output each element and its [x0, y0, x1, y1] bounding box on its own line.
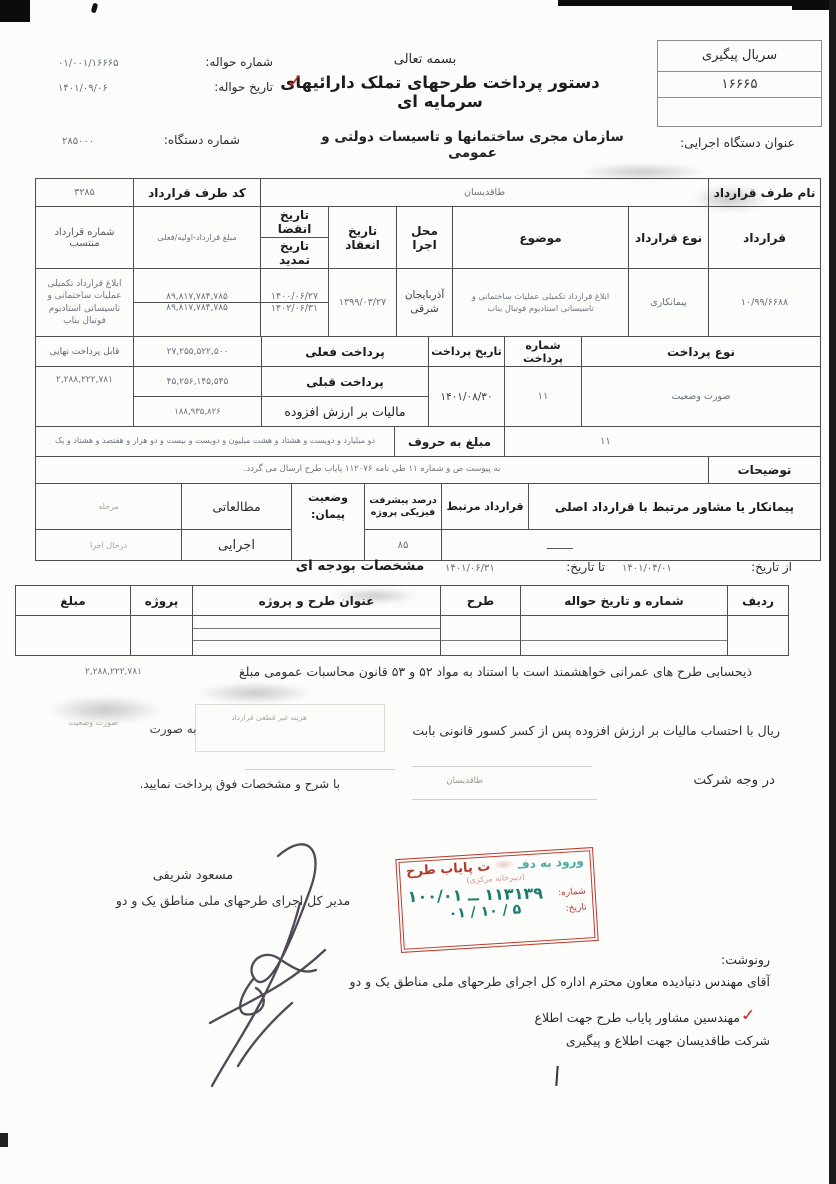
period-to-label: تا تاریخ: [566, 560, 605, 574]
order-line2-faint-box [195, 704, 385, 752]
red-checkmark-icon: ✓ [740, 1005, 758, 1025]
payment-number-header: شماره پرداخت [505, 337, 582, 367]
period-from-label: از تاریخ: [751, 560, 792, 574]
contract-extend-date-value: ۱۴۰۲/۰۶/۳۱ [261, 303, 328, 314]
scan-artifact-right-edge [829, 0, 836, 1184]
notes-label: توضیحات [709, 457, 821, 484]
contract-col-subject: موضوع [453, 207, 629, 269]
contract-party-label: نام طرف قرارداد [709, 179, 821, 207]
contract-col-extend-date: تاریخ تمدید [261, 238, 329, 269]
payment-current-value: ۲۷,۲۵۵,۵۲۲,۵۰۰ [134, 337, 262, 367]
budget-empty-cell [441, 616, 521, 656]
contract-location-value: آذربایجان شرقی [397, 269, 453, 337]
order-line3-right: در وجه شرکت [685, 772, 775, 788]
agency-name: سازمان مجری ساختمانها و تاسیسات دولتی و … [295, 129, 650, 161]
scan-faint-line [412, 766, 592, 767]
contract-no-value: ۱۰/۹۹/۶۶۸۸ [709, 269, 821, 337]
havaleh-date-label: تاریخ حواله: [214, 80, 273, 94]
budget-col-plan-title: عنوان طرح و پروژه [193, 586, 441, 616]
order-line3-left: با شرح و مشخصات فوق پرداخت نمایید. [125, 777, 340, 791]
havaleh-no-label: شماره حواله: [205, 55, 273, 69]
budget-col-havaleh: شماره و تاریخ حواله [521, 586, 728, 616]
budget-col-project: پروژه [131, 586, 193, 616]
order-line2: ریال با احتساب مالیات بر ارزش افزوده پس … [385, 723, 780, 738]
tracking-serial-box: سریال پیگیری ۱۶۶۶۵ [657, 40, 822, 127]
contract-assigned-no-value: ابلاغ قرارداد تکمیلی عملیات ساختمانی و ت… [36, 269, 134, 337]
payment-type-value: صورت وضعیت [582, 367, 821, 427]
entry-stamp: ورود به دفـ ت پایاب طرح (دبیرخانه مرکزی)… [395, 847, 598, 953]
contract-sign-date-value: ۱۳۹۹/۰۳/۲۷ [329, 269, 397, 337]
scan-artifact-ink-dot [91, 3, 99, 14]
order-line2-faint1: هزینه غیر قطعی قرارداد [212, 713, 307, 722]
agency-label: عنوان دستگاه اجرایی: [650, 135, 795, 150]
contract-party-code-value: ۳۲۸۵ [36, 179, 134, 207]
contract-col-sign-date: تاریخ انعقاد [329, 207, 397, 269]
stamp-no-label: شماره: [558, 887, 586, 899]
stamp-no-value: ۱۱۳۱۳۹ ــ ۱۰۰/۰۱ [407, 884, 543, 907]
havaleh-no-value: ۰۱/۰۰۱/۱۶۶۶۵ [58, 58, 118, 69]
contract-party-value: طاقدیسان [261, 179, 709, 207]
agency-no-value: ۲۸۵۰۰۰ [62, 136, 94, 147]
budget-empty-cell [131, 616, 193, 656]
contract-col-type: نوع قرارداد [629, 207, 709, 269]
payment-previous-header: پرداخت قبلی [262, 367, 429, 397]
contract-type-value: پیمانکاری [629, 269, 709, 337]
contract-table: نام طرف قرارداد طاقدیسان کد طرف قرارداد … [35, 178, 821, 337]
havaleh-date-value: ۱۴۰۱/۰۹/۰۶ [58, 83, 108, 94]
amount-words-label: مبلغ به حروف [395, 427, 505, 457]
payment-vat-value: ۱۸۸,۹۳۵,۸۲۶ [134, 397, 262, 427]
contract-amount-current: ۸۹,۸۱۷,۷۸۴,۷۸۵ [134, 303, 260, 313]
cc-item-1: آقای مهندس دنیادیده معاون محترم اداره کل… [345, 972, 770, 992]
period-to-value: ۱۴۰۱/۰۶/۳۱ [445, 563, 495, 574]
related-consultant-header: پیمانکار یا مشاور مرتبط با قرارداد اصلی [529, 484, 821, 530]
amount-words-ref: ۱۱ [505, 427, 821, 457]
period-from-value: ۱۴۰۱/۰۴/۰۱ [622, 563, 672, 574]
handwritten-signature [150, 828, 370, 1093]
order-line3-company: طاقدیسان [423, 776, 483, 786]
contract-col-contract: قرارداد [709, 207, 821, 269]
related-status-header: وضعیت پیمان: [292, 484, 365, 561]
scan-faint-line [412, 799, 597, 800]
scan-artifact-left-edge-mark [0, 1133, 8, 1147]
scan-smudge [195, 682, 315, 704]
payment-final-header: قابل پرداخت نهایی [36, 337, 134, 367]
contract-amount-initial: ۸۹,۸۱۷,۷۸۴,۷۸۵ [134, 292, 260, 303]
payment-vat-header: مالیات بر ارزش افزوده [262, 397, 429, 427]
budget-col-plan: طرح [441, 586, 521, 616]
payment-type-header: نوع پرداخت [582, 337, 821, 367]
related-stage-value: درحال اجرا [36, 530, 182, 561]
agency-no-label: شماره دستگاه: [164, 133, 240, 147]
scan-artifact-pen-mark [555, 1066, 561, 1086]
cc-item-3: شرکت طاقدیسان جهت اطلاع و پیگیری [340, 1033, 770, 1048]
related-progress-value: ۸۵ [365, 530, 442, 561]
stamp-date-label: تاریخ: [565, 903, 587, 914]
related-study-value: اجرایی [182, 530, 292, 561]
scan-faint-line [245, 769, 395, 770]
payment-current-header: پرداخت فعلی [262, 337, 429, 367]
payment-number-value: ۱۱ [505, 367, 582, 427]
bismillah: بسمه تعالی [330, 52, 520, 67]
contract-party-code-label: کد طرف قرارداد [134, 179, 261, 207]
budget-empty-cell [521, 616, 728, 656]
related-contract-header: قرارداد مرتبط [442, 484, 529, 530]
notes-value: به پیوست ص و شماره ۱۱ طی نامه ۱۱۲۰۷۶ پای… [36, 457, 709, 484]
related-progress-header: درصد پیشرفت فیزیکی پروژه [365, 484, 442, 530]
related-consultant-value: ــــــــ [442, 530, 821, 561]
budget-empty-cell [728, 616, 789, 656]
document-title: دستور پرداخت طرحهای تملک دارائیهای سرمای… [250, 73, 630, 111]
red-checkmark-icon: ✓ [285, 71, 305, 93]
scan-artifact-topleft [0, 0, 30, 22]
tracking-serial-value: ۱۶۶۶۵ [658, 72, 821, 98]
payment-final-value: ۲,۲۸۸,۲۲۲,۷۸۱ [36, 367, 134, 427]
contract-col-assigned-no: شماره قرارداد منتسب [36, 207, 134, 269]
payment-table: نوع پرداخت شماره پرداخت تاریخ پرداخت پرد… [35, 336, 821, 427]
budget-empty-cell [16, 616, 131, 656]
tracking-serial-label: سریال پیگیری [658, 41, 821, 72]
notes-row: توضیحات به پیوست ص و شماره ۱۱ طی نامه ۱۱… [35, 456, 821, 484]
amount-words-row: ۱۱ مبلغ به حروف دو میلیارد و دویست و هشت… [35, 426, 821, 457]
related-study-header: مطالعاتی [182, 484, 292, 530]
order-line2-faint2: صورت وضعیت [48, 718, 118, 727]
payment-previous-value: ۴۵,۲۵۶,۱۴۵,۵۴۵ [134, 367, 262, 397]
payment-date-header: تاریخ پرداخت [429, 337, 505, 367]
payment-date-value: ۱۴۰۱/۰۸/۳۰ [429, 367, 505, 427]
cc-item-2: مهندسین مشاور پایاب طرح جهت اطلاع [340, 1010, 740, 1025]
contract-subject-value: ابلاغ قرارداد تکمیلی عملیات ساختمانی و ت… [453, 269, 629, 337]
budget-col-amount: مبلغ [16, 586, 131, 616]
related-contract-table: پیمانکار یا مشاور مرتبط با قرارداد اصلی … [35, 483, 821, 561]
contract-col-expire-date: تاریخ انقضا [261, 207, 329, 238]
cc-label: رونوشت: [340, 952, 770, 967]
scanned-payment-order-document: سریال پیگیری ۱۶۶۶۵ بسمه تعالی دستور پردا… [0, 0, 836, 1184]
contract-col-amount: مبلغ قرارداد-اولیه/فعلی [134, 207, 261, 269]
order-line2-mid: به صورت [142, 722, 204, 736]
related-stage-header: مرحله [36, 484, 182, 530]
contract-expire-date-value: ۱۴۰۰/۰۶/۲۷ [261, 291, 328, 303]
budget-table: ردیف شماره و تاریخ حواله طرح عنوان طرح و… [15, 585, 789, 656]
budget-col-row: ردیف [728, 586, 789, 616]
budget-empty-cell [193, 616, 441, 656]
contract-col-location: محل اجرا [397, 207, 453, 269]
order-line1-amount: ۲,۲۸۸,۲۲۲,۷۸۱ [85, 667, 205, 677]
amount-words-value: دو میلیارد و دویست و هشتاد و هشت میلیون … [36, 427, 395, 457]
budget-section-title: مشخصات بودجه ای [285, 558, 435, 574]
stamp-line1-fade [493, 859, 515, 870]
order-line1: ذيحسابی طرح های عمرانی خواهشمند است با ا… [218, 664, 773, 679]
